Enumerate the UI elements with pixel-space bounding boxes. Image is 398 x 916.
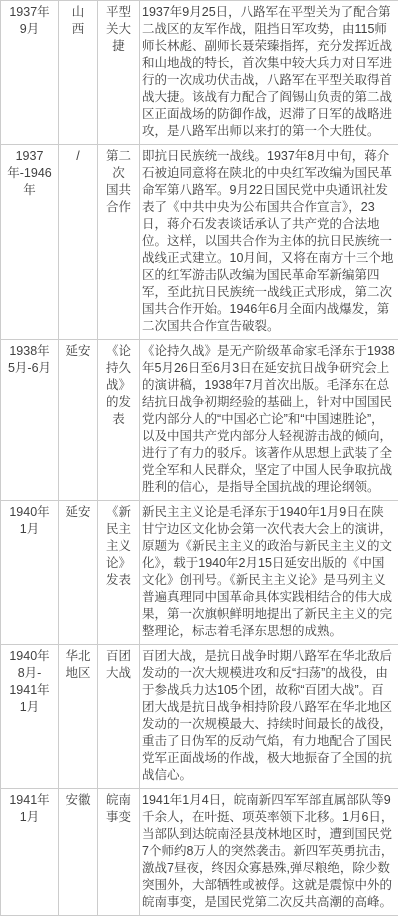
location-cell: 华北 地区: [59, 645, 98, 789]
event-name-cell: 《论 持久 战》 的发 表: [98, 340, 140, 501]
event-description-cell: 百团大战，是抗日战争时期八路军在华北敌后发动的一次大规模进攻和反“扫荡”的战役，…: [140, 645, 398, 789]
event-description-cell: 《论持久战》是无产阶级革命家毛泽东于1938年5月26日至6月3日在延安抗日战争…: [140, 340, 398, 501]
table-row: 1940年 8月- 1941年 1月 华北 地区 百团 大战 百团大战，是抗日战…: [1, 645, 398, 789]
date-cell: 1937年 9月: [1, 1, 59, 145]
table-row: 1938年 5月-6月 延安 《论 持久 战》 的发 表 《论持久战》是无产阶级…: [1, 340, 398, 501]
location-cell: /: [59, 145, 98, 340]
location-cell: 安徽: [59, 789, 98, 916]
date-cell: 1941年 1月: [1, 789, 59, 916]
table-row: 1941年 1月 安徽 皖南 事变 1941年1月4日，皖南新四军军部直属部队等…: [1, 789, 398, 916]
event-name-cell: 皖南 事变: [98, 789, 140, 916]
table-row: 1937年 9月 山 西 平型 关大 捷 1937年9月25日，八路军在平型关为…: [1, 1, 398, 145]
location-cell: 山 西: [59, 1, 98, 145]
event-name-cell: 第二 次 国共 合作: [98, 145, 140, 340]
date-cell: 1940年 8月- 1941年 1月: [1, 645, 59, 789]
date-cell: 1940年 1月: [1, 501, 59, 645]
event-description-cell: 即抗日民族统一战线。1937年8月中旬，蒋介石被迫同意将在陕北的中央红军改编为国…: [140, 145, 398, 340]
table-body: 1937年 9月 山 西 平型 关大 捷 1937年9月25日，八路军在平型关为…: [1, 1, 398, 916]
event-description-cell: 1937年9月25日，八路军在平型关为了配合第二战区的友军作战，阻挡日军攻势，由…: [140, 1, 398, 145]
location-cell: 延安: [59, 340, 98, 501]
event-description-cell: 1941年1月4日，皖南新四军军部直属部队等9千余人，在叶挺、项英率领下北移。1…: [140, 789, 398, 916]
event-name-cell: 平型 关大 捷: [98, 1, 140, 145]
date-cell: 1937 年-1946 年: [1, 145, 59, 340]
location-cell: 延安: [59, 501, 98, 645]
table-row: 1937 年-1946 年 / 第二 次 国共 合作 即抗日民族统一战线。193…: [1, 145, 398, 340]
table-row: 1940年 1月 延安 《新 民主 主义 论》 发表 新民主主义论是毛泽东于19…: [1, 501, 398, 645]
date-cell: 1938年 5月-6月: [1, 340, 59, 501]
event-name-cell: 《新 民主 主义 论》 发表: [98, 501, 140, 645]
event-description-cell: 新民主主义论是毛泽东于1940年1月9日在陕甘宁边区文化协会第一次代表大会上的演…: [140, 501, 398, 645]
history-timeline-table: 1937年 9月 山 西 平型 关大 捷 1937年9月25日，八路军在平型关为…: [0, 0, 398, 916]
event-name-cell: 百团 大战: [98, 645, 140, 789]
